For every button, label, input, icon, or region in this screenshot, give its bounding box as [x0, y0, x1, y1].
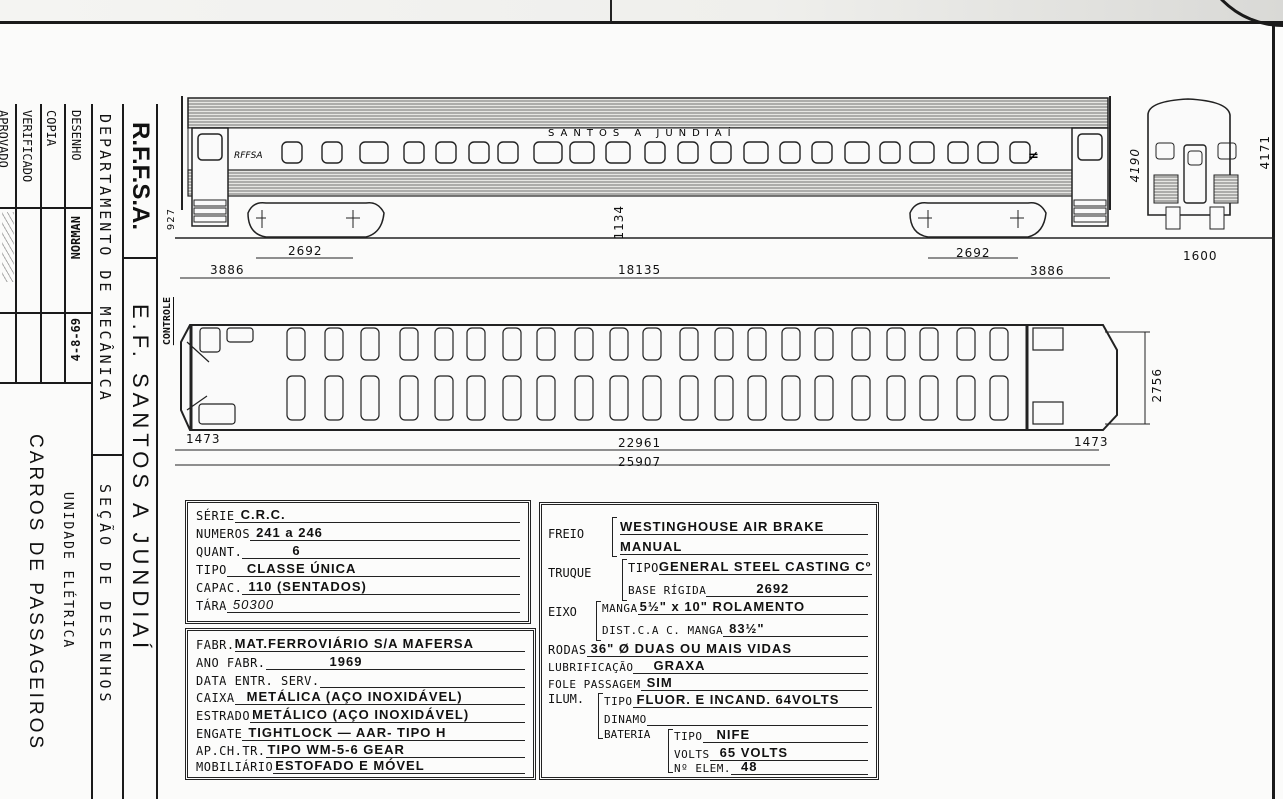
dim-overall-length: 25907 [618, 455, 661, 469]
label: ENGATE [196, 727, 242, 741]
signoff-date: 4-8-69 [69, 318, 83, 361]
divider [0, 312, 91, 314]
end-view [1140, 95, 1250, 230]
label: FABR. [196, 638, 235, 652]
label-bateria: BATERIA [604, 728, 650, 741]
unit-name: UNIDADE ELÉTRICA [60, 492, 75, 649]
dim-car-width: 2756 [1150, 368, 1164, 403]
spec-box-construction: FABR.MAT.FERROVIÁRIO S/A MAFERSA ANO FAB… [185, 628, 536, 780]
value-manga: 5½" x 10" ROLAMENTO [638, 599, 868, 615]
value-caixa: METÁLICA (AÇO INOXIDÁVEL) [235, 689, 525, 705]
sheet-top-divider [610, 0, 612, 22]
signoff-role: DESENHO [69, 110, 83, 161]
signoff-role: APROVADO [0, 110, 10, 168]
divider [0, 382, 91, 384]
dim-step-height: 927 [166, 208, 177, 230]
sheet-top-band [0, 0, 1283, 22]
value-fabr: MAT.FERROVIÁRIO S/A MAFERSA [235, 636, 525, 652]
label: QUANT. [196, 545, 242, 559]
dim-body-length: 22961 [618, 436, 661, 450]
label-freio: FREIO [548, 527, 584, 541]
dim-vestibule-right: 1473 [1074, 435, 1109, 449]
label: BASE RÍGIDA [628, 584, 706, 597]
dim-overhang-right: 3886 [1030, 264, 1065, 278]
value-estrado: METÁLICO (AÇO INOXIDÁVEL) [250, 707, 525, 723]
divider [0, 207, 91, 209]
divider [156, 104, 158, 799]
dim-vestibule-left: 1473 [186, 432, 221, 446]
value-truque-tipo: GENERAL STEEL CASTING Cº [659, 559, 872, 575]
spec-box-mechanical: FREIO WESTINGHOUSE AIR BRAKE MANUAL TRUQ… [539, 502, 879, 780]
label: SÉRIE [196, 509, 235, 523]
brace [622, 559, 627, 601]
label: TIPO [196, 563, 227, 577]
dim-truck-wheelbase-left: 2692 [288, 244, 323, 258]
value-bateria-elem: 48 [731, 759, 868, 775]
sheet-border-top [0, 21, 1283, 24]
value-serie: C.R.C. [235, 507, 520, 523]
value-numeros: 241 a 246 [250, 525, 520, 541]
value-ano-fabr: 1969 [266, 654, 525, 670]
value-dist-manga: 83½" [723, 621, 868, 637]
value-bateria-tipo: NIFE [703, 727, 869, 743]
label: TIPO [604, 695, 633, 708]
title-block: R.F.F.S.A. E.F. SANTOS A JUNDIAÍ DEPARTA… [0, 104, 158, 799]
value-tara: 50300 [227, 597, 520, 613]
signoff-name: NORMAN [69, 216, 83, 259]
value-engate: TIGHTLOCK — AAR- TIPO H [242, 725, 525, 741]
signoff-role: VERIFICADO [20, 110, 34, 182]
value-tipo: CLASSE ÚNICA [227, 561, 520, 577]
label: NUMEROS [196, 527, 250, 541]
divider [15, 104, 17, 382]
brace [668, 729, 673, 773]
label: Nº ELEM. [674, 762, 731, 775]
floor-plan-view [175, 320, 1155, 470]
label: ANO FABR. [196, 656, 266, 670]
divider [91, 104, 93, 799]
car-lettering: SANTOS A JUNDIAÍ [548, 126, 737, 139]
label: TIPO [628, 561, 659, 575]
label: CAIXA [196, 691, 235, 705]
railway-name: E.F. SANTOS A JUNDIAÍ [127, 304, 153, 653]
label: DINAMO [604, 713, 647, 726]
value-capac: 110 (SENTADOS) [242, 579, 520, 595]
dim-end-height: 4171 [1258, 135, 1272, 170]
dim-floor-height: 1134 [612, 205, 626, 240]
value-lubrificacao: GRAXA [633, 658, 868, 674]
brace [596, 601, 601, 641]
divider [122, 104, 124, 799]
dim-track-gauge: 1600 [1183, 249, 1218, 263]
divider [122, 257, 158, 259]
department-name: DEPARTAMENTO DE MECÂNICA [96, 114, 114, 403]
brace [612, 517, 617, 557]
label: DIST.C.A C. MANGA [602, 624, 723, 637]
label-truque: TRUQUE [548, 566, 591, 580]
label: MANGA [602, 602, 638, 615]
signoff-role: COPIA [44, 110, 58, 146]
value-quant: 6 [242, 543, 520, 559]
value-fole: SIM [641, 675, 868, 691]
organization-name: R.F.F.S.A. [126, 122, 154, 230]
value-freio-1: WESTINGHOUSE AIR BRAKE [620, 519, 868, 535]
rffsa-emblem-icon: ≠ [1028, 149, 1039, 164]
section-name: SEÇÃO DE DESENHOS [96, 484, 114, 706]
approval-signature [2, 212, 14, 282]
value-ilum-tipo: FLUOR. E INCAND. 64VOLTS [633, 692, 873, 708]
value-rodas: 36" Ø DUAS OU MAIS VIDAS [587, 641, 868, 657]
label: ESTRADO [196, 709, 250, 723]
divider [91, 454, 124, 456]
value-mobiliario: ESTOFADO E MÓVEL [273, 758, 525, 774]
control-label: CONTROLE [162, 297, 173, 345]
label: MOBILIÁRIO [196, 760, 273, 774]
spec-box-identification: SÉRIEC.R.C. NUMEROS241 a 246 QUANT.6 TIP… [185, 500, 531, 624]
label: TÁRA [196, 599, 227, 613]
dim-overhang-left: 3886 [210, 263, 245, 277]
divider [40, 104, 42, 382]
divider [64, 104, 66, 382]
label: DATA ENTR. SERV. [196, 674, 320, 688]
drawing-title: CARROS DE PASSAGEIROS [24, 434, 46, 751]
side-elevation-view: SANTOS A JUNDIAÍ RFFSA ≠ [170, 88, 1280, 288]
value-freio-2: MANUAL [620, 539, 868, 555]
label-eixo: EIXO [548, 605, 577, 619]
dim-truck-wheelbase-right: 2692 [956, 246, 991, 260]
brace [598, 693, 603, 739]
rffsa-logo-text: RFFSA [234, 151, 262, 161]
label: RODAS [548, 643, 587, 657]
dim-truck-centers: 18135 [618, 263, 661, 277]
label: TIPO [674, 730, 703, 743]
label-ilum: ILUM. [548, 692, 584, 706]
label: CAPAC. [196, 581, 242, 595]
value-base-rigida: 2692 [706, 581, 868, 597]
